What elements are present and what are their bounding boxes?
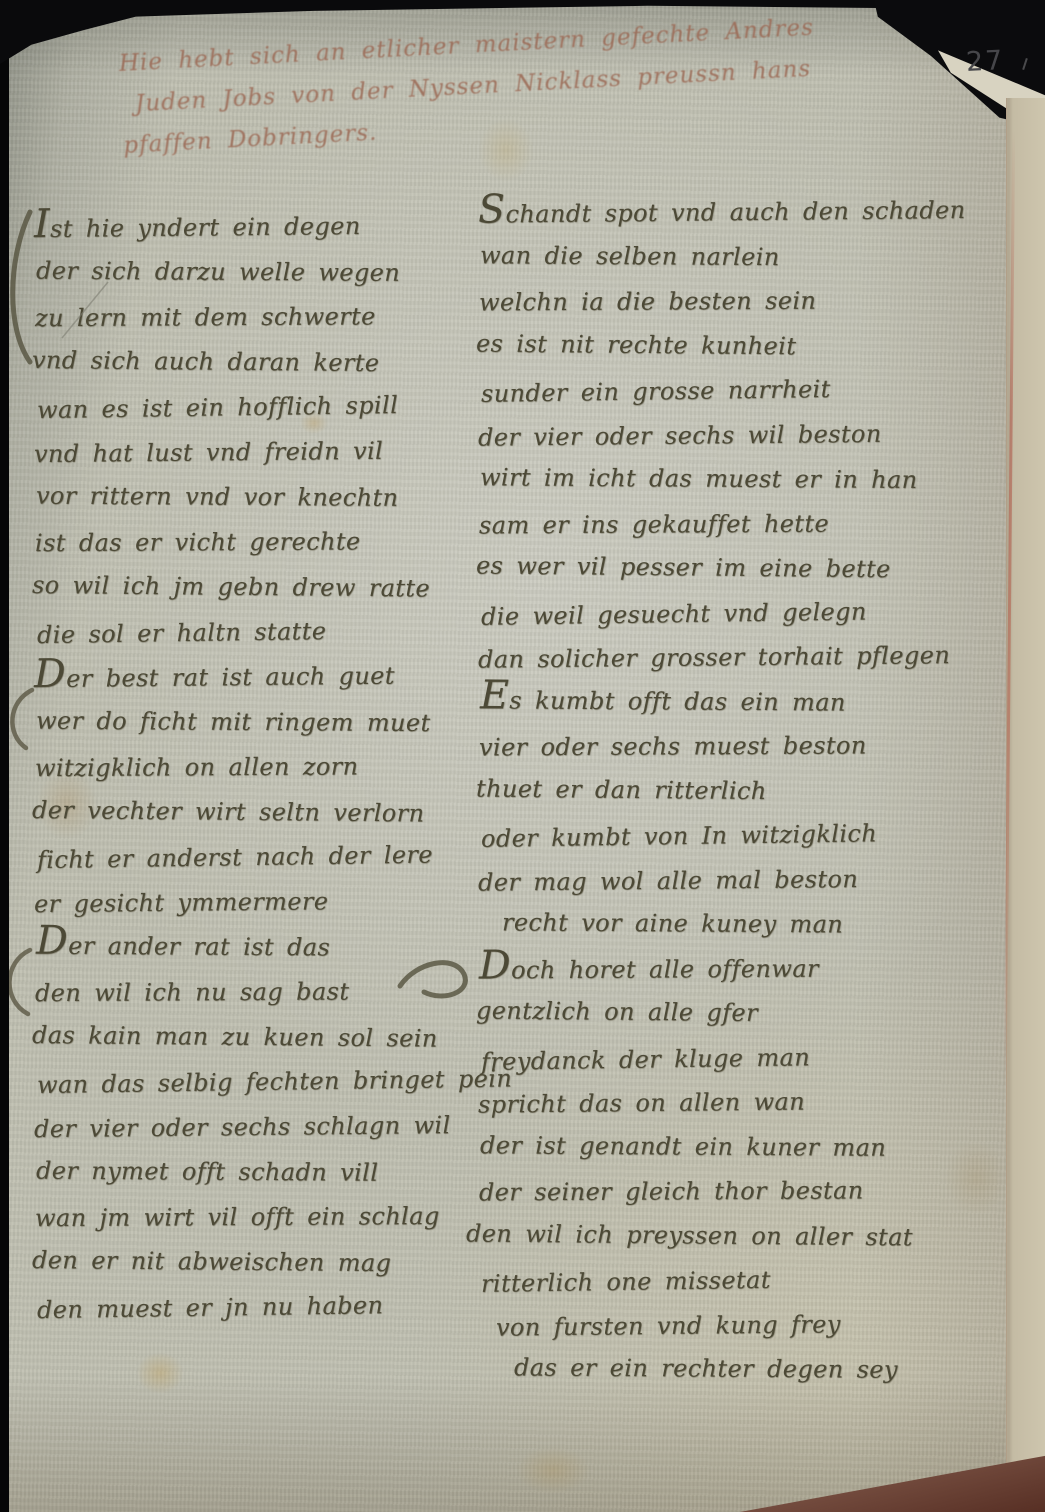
- verse-line: die sol er haltn statte: [37, 607, 484, 658]
- verse-line: freydanck der kluge man: [481, 1032, 1042, 1084]
- verse-line: vier oder sechs muest beston: [479, 723, 1039, 770]
- verse-line: den er nit abweischen mag: [32, 1238, 478, 1287]
- verse-line: wan die selben narlein: [480, 233, 1040, 281]
- verse-line: ficht er anderst nach der lere: [37, 832, 484, 883]
- verse-line: es ist nit rechte kunheit: [476, 321, 1036, 370]
- verse-line: sam er ins gekauffet hette: [479, 500, 1039, 547]
- verse-line: sunder ein grosse narrheit: [481, 364, 1042, 416]
- verse-line: Es kumbt offt das ein man: [480, 678, 1040, 726]
- verse-line: den wil ich preyssen on aller stat: [466, 1211, 1036, 1260]
- verse-line: thuet er dan ritterlich: [476, 766, 1036, 815]
- verse-line: vnd sich auch daran kerte: [32, 338, 478, 387]
- verse-line: welchn ia die besten sein: [479, 278, 1039, 325]
- verse-line: wan jm wirt vil offt ein schlag: [35, 1194, 481, 1241]
- verse-line: dan solicher grosser torhait pflegen: [478, 632, 1038, 682]
- verse-line: oder kumbt von In witzigklich: [481, 809, 1042, 861]
- verse-line: witzigklich on allen zorn: [35, 744, 481, 791]
- verse-line: von fursten vnd kung frey: [496, 1300, 1038, 1350]
- verse-line: der nymet offt schadn vill: [36, 1149, 482, 1197]
- verse-line: zu lern mit dem schwerte: [35, 294, 481, 341]
- verse-line: der vier oder sechs schlagn wil: [34, 1103, 480, 1152]
- verse-line: der sich darzu welle wegen: [36, 249, 482, 297]
- photo-left-edge: [0, 0, 9, 1512]
- left-text-column: Ist hie yndert ein degen der sich darzu …: [34, 205, 480, 1330]
- verse-line: wan es ist ein hofflich spill: [37, 382, 484, 433]
- verse-line: der mag wol alle mal beston: [478, 855, 1038, 905]
- verse-line: es wer vil pesser im eine bette: [476, 544, 1036, 593]
- verse-line: wan das selbig fechten bringet pein: [37, 1057, 484, 1108]
- verse-line: gentzlich on alle gfer: [476, 989, 1036, 1038]
- verse-line: vor rittern vnd vor knechtn: [36, 474, 482, 522]
- verse-line: der seiner gleich thor bestan: [479, 1168, 1039, 1215]
- verse-line: Ist hie yndert ein degen: [34, 203, 480, 252]
- verse-line: das kain man zu kuen sol sein: [32, 1013, 478, 1062]
- manuscript-photo: Hie hebt sich an etlicher maistern gefec…: [0, 0, 1045, 1512]
- verse-line: so wil ich jm gebn drew ratte: [32, 563, 478, 612]
- verse-line: er gesicht ymmermere: [34, 878, 480, 927]
- folio-number: 27: [965, 45, 1005, 78]
- verse-line: der ist genandt ein kuner man: [480, 1123, 1040, 1171]
- verse-line: ritterlich one missetat: [481, 1254, 1042, 1306]
- verse-line: ist das er vicht gerechte: [35, 519, 481, 566]
- verse-line: Der best rat ist auch guet: [34, 653, 480, 702]
- verse-line: wer do ficht mit ringem muet: [36, 699, 482, 747]
- verse-line: wirt im icht das muest er in han: [480, 455, 1040, 503]
- verse-line: Doch horet alle offenwar: [479, 945, 1039, 992]
- verse-line: das er ein rechter degen sey: [514, 1345, 1040, 1393]
- verse-line: der vechter wirt seltn verlorn: [32, 788, 478, 837]
- verse-line: den wil ich nu sag bast: [35, 969, 481, 1016]
- verse-line: Schandt spot vnd auch den schaden: [478, 187, 1038, 237]
- verse-line: recht vor aine kuney man: [502, 900, 1040, 948]
- verse-line: spricht das on allen wan: [478, 1077, 1038, 1127]
- verse-line: die weil gesuecht vnd gelegn: [481, 587, 1042, 639]
- verse-line: vnd hat lust vnd freidn vil: [34, 428, 480, 477]
- verse-line: Der ander rat ist das: [36, 924, 482, 972]
- verse-line: der vier oder sechs wil beston: [478, 410, 1038, 460]
- verse-line: den muest er jn nu haben: [37, 1282, 484, 1333]
- right-text-column: Schandt spot vnd auch den schaden wan di…: [478, 190, 1038, 1392]
